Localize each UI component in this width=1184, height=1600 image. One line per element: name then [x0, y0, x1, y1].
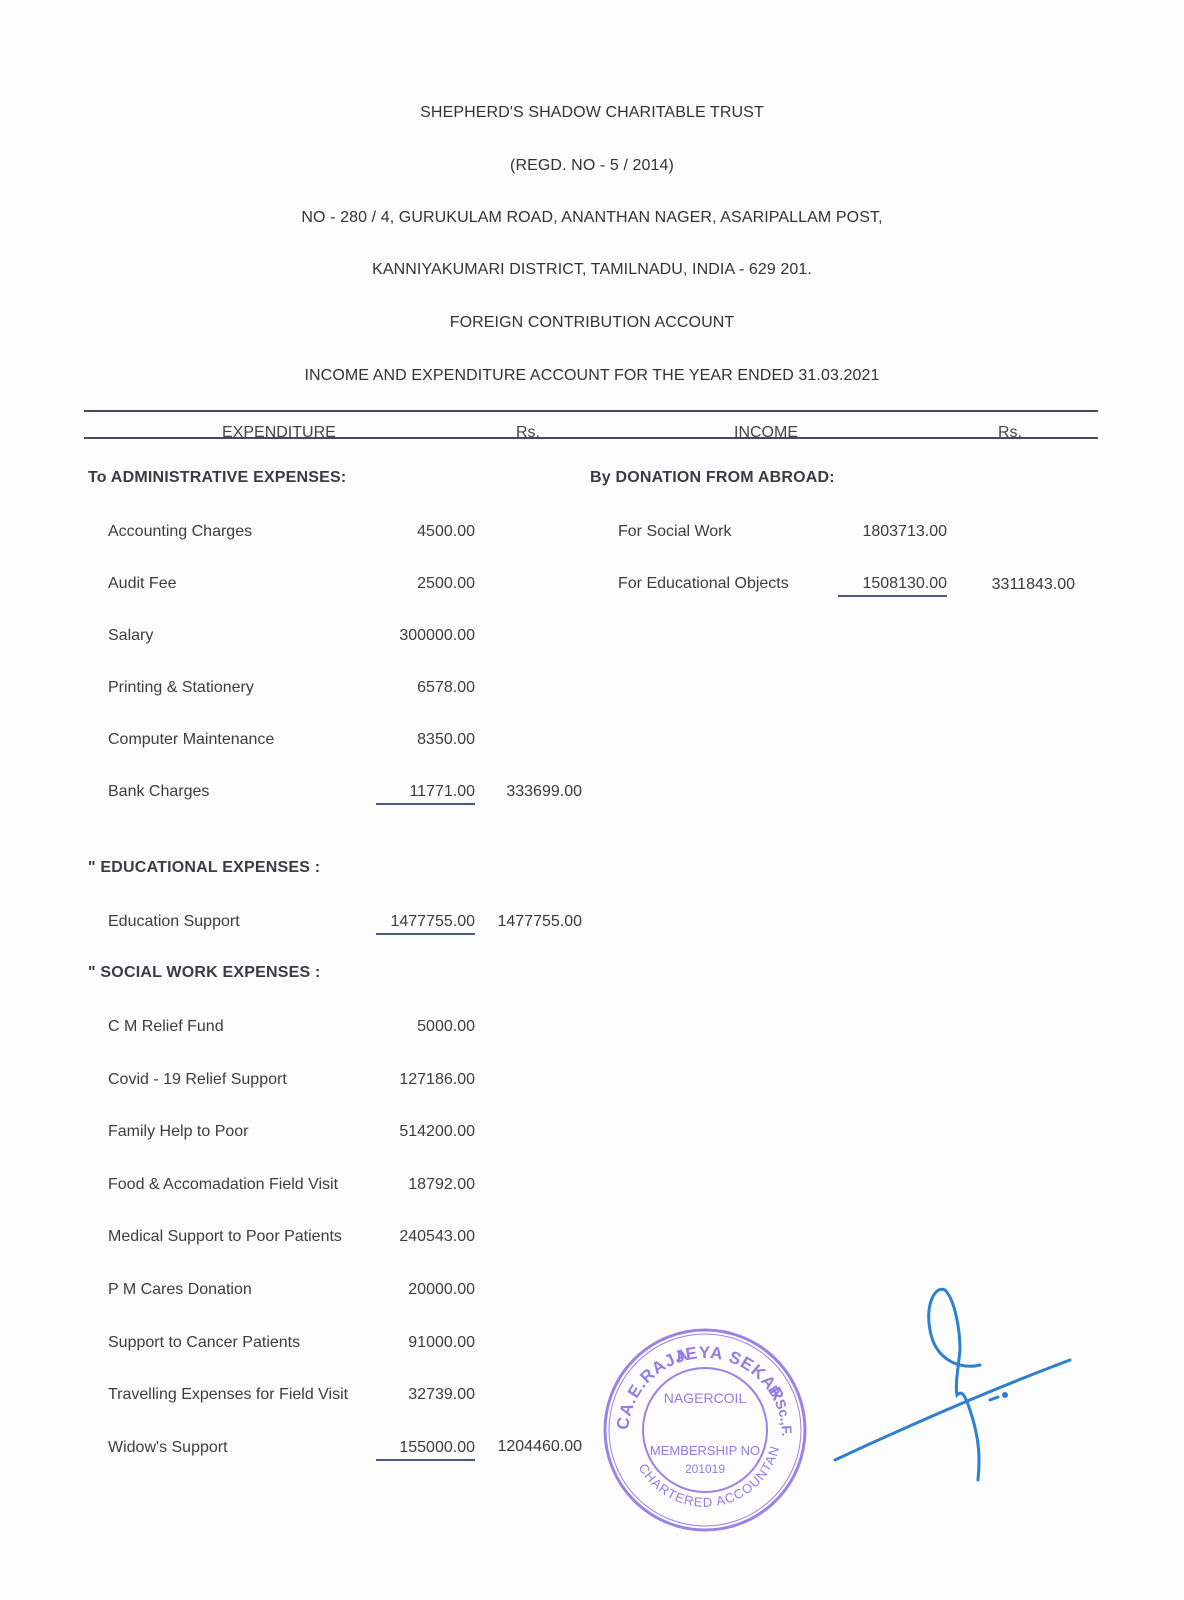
social-item-amount: 514200.00 — [376, 1123, 475, 1141]
edu-item-label: Education Support — [108, 913, 240, 931]
social-item-amount: 91000.00 — [376, 1334, 475, 1352]
section-heading-administrative: To ADMINISTRATIVE EXPENSES: — [88, 469, 346, 487]
column-header-income-rs: Rs. — [998, 424, 1022, 442]
income-item-label: For Educational Objects — [618, 575, 789, 593]
signature-icon — [830, 1270, 1090, 1500]
statement-title: INCOME AND EXPENDITURE ACCOUNT FOR THE Y… — [0, 367, 1184, 385]
admin-item-amount: 2500.00 — [376, 575, 475, 593]
admin-item-amount: 8350.00 — [376, 731, 475, 749]
social-item-amount: 18792.00 — [376, 1176, 475, 1194]
admin-item-label: Bank Charges — [108, 783, 209, 801]
admin-item-amount: 6578.00 — [376, 679, 475, 697]
social-item-label: Widow's Support — [108, 1439, 228, 1457]
social-work-total: 1204460.00 — [480, 1438, 582, 1456]
table-top-rule — [84, 410, 1098, 412]
social-item-amount: 32739.00 — [376, 1386, 475, 1404]
social-item-label: Covid - 19 Relief Support — [108, 1071, 287, 1089]
column-header-income: INCOME — [734, 424, 798, 442]
social-item-label: C M Relief Fund — [108, 1018, 224, 1036]
stamp-membership-number: 201019 — [685, 1462, 725, 1476]
section-heading-educational: " EDUCATIONAL EXPENSES : — [88, 859, 320, 877]
admin-item-label: Accounting Charges — [108, 523, 252, 541]
org-name: SHEPHERD'S SHADOW CHARITABLE TRUST — [0, 104, 1184, 122]
social-item-amount: 240543.00 — [376, 1228, 475, 1246]
column-header-expenditure-rs: Rs. — [516, 424, 540, 442]
admin-item-label: Printing & Stationery — [108, 679, 254, 697]
social-item-label: Family Help to Poor — [108, 1123, 249, 1141]
income-total: 3311843.00 — [960, 576, 1075, 594]
social-item-amount: 127186.00 — [376, 1071, 475, 1089]
address-line-1: NO - 280 / 4, GURUKULAM ROAD, ANANTHAN N… — [0, 209, 1184, 227]
edu-item-amount: 1477755.00 — [376, 913, 475, 935]
admin-item-label: Computer Maintenance — [108, 731, 274, 749]
admin-item-amount: 4500.00 — [376, 523, 475, 541]
income-item-label: For Social Work — [618, 523, 732, 541]
admin-item-label: Salary — [108, 627, 153, 645]
registration-number: (REGD. NO - 5 / 2014) — [0, 157, 1184, 175]
educational-total: 1477755.00 — [480, 913, 582, 931]
social-item-label: Travelling Expenses for Field Visit — [108, 1386, 348, 1404]
address-line-2: KANNIYAKUMARI DISTRICT, TAMILNADU, INDIA… — [0, 261, 1184, 279]
social-item-label: Support to Cancer Patients — [108, 1334, 300, 1352]
stamp-membership-label: MEMBERSHIP NO — [650, 1443, 760, 1458]
section-heading-donation: By DONATION FROM ABROAD: — [590, 469, 835, 487]
social-item-label: Medical Support to Poor Patients — [108, 1228, 342, 1246]
column-header-expenditure: EXPENDITURE — [222, 424, 336, 442]
stamp-city: NAGERCOIL — [664, 1390, 747, 1406]
auditor-stamp-icon: CA.E.RAJA JEYA SEKAR B.Sc.,F.C.A. CHARTE… — [600, 1325, 810, 1535]
admin-item-label: Audit Fee — [108, 575, 176, 593]
section-heading-social-work: " SOCIAL WORK EXPENSES : — [88, 964, 321, 982]
social-item-label: P M Cares Donation — [108, 1281, 252, 1299]
social-item-amount: 5000.00 — [376, 1018, 475, 1036]
admin-item-amount: 11771.00 — [376, 783, 475, 805]
social-item-amount: 155000.00 — [376, 1439, 475, 1461]
social-item-amount: 20000.00 — [376, 1281, 475, 1299]
social-item-label: Food & Accomadation Field Visit — [108, 1176, 338, 1194]
account-type: FOREIGN CONTRIBUTION ACCOUNT — [0, 314, 1184, 332]
income-item-amount: 1508130.00 — [838, 575, 947, 597]
income-item-amount: 1803713.00 — [838, 523, 947, 541]
admin-item-amount: 300000.00 — [376, 627, 475, 645]
administrative-total: 333699.00 — [480, 783, 582, 801]
